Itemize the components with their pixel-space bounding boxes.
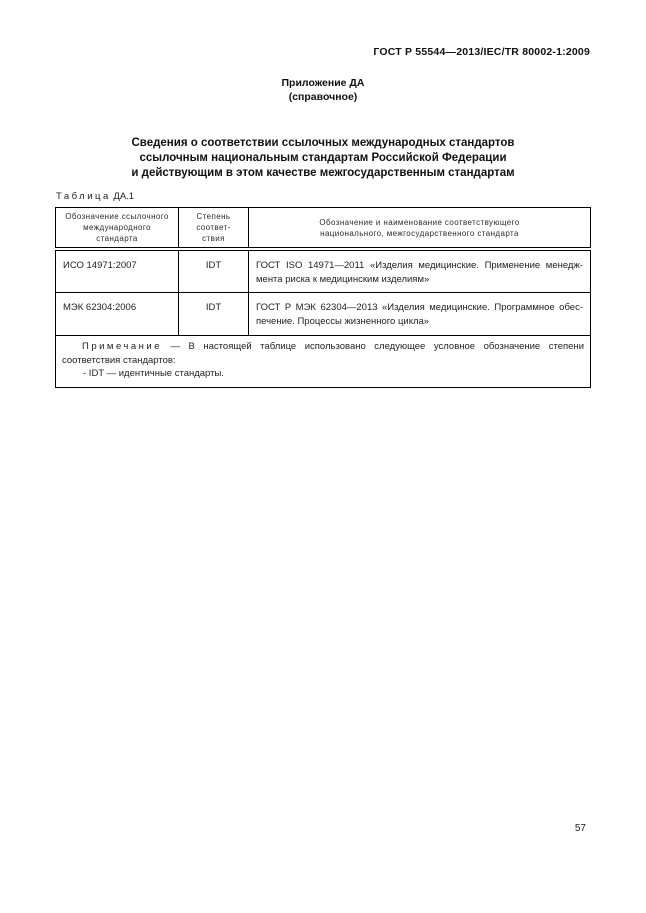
- header-line: стандарта: [60, 233, 174, 244]
- cell-line: мента риска к медицинским изделиям»: [256, 273, 583, 287]
- cell-national: ГОСТ ISO 14971—2011 «Изделия медицинские…: [249, 249, 591, 293]
- appendix-label: Приложение ДА: [0, 77, 646, 91]
- correspondence-table: Обозначение ссылочного международного ст…: [55, 207, 591, 388]
- header-line: международного: [60, 222, 174, 233]
- table-row: ИСО 14971:2007 IDT ГОСТ ISO 14971—2011 «…: [56, 249, 591, 293]
- cell-reference: ИСО 14971:2007: [56, 249, 179, 293]
- table-caption-number: ДА.1: [113, 191, 134, 202]
- page-number: 57: [0, 823, 586, 834]
- note-label: Примечание: [82, 341, 162, 352]
- section-title: Сведения о соответствии ссылочных междун…: [0, 136, 646, 181]
- header-line: ствия: [183, 233, 244, 244]
- header-line: соответ-: [183, 222, 244, 233]
- cell-reference: МЭК 62304:2006: [56, 293, 179, 336]
- header-line: Обозначение и наименование соответствующ…: [253, 217, 586, 228]
- cell-national: ГОСТ Р МЭК 62304—2013 «Изделия медицинск…: [249, 293, 591, 336]
- cell-degree: IDT: [179, 293, 249, 336]
- table-note-row: Примечание — В настоящей таблице использ…: [56, 336, 591, 388]
- table-row: МЭК 62304:2006 IDT ГОСТ Р МЭК 62304—2013…: [56, 293, 591, 336]
- header-line: национального, межгосударственного станд…: [253, 228, 586, 239]
- table-caption-word: Таблица: [56, 191, 111, 202]
- header-line: Степень: [183, 211, 244, 222]
- table-caption: Таблица ДА.1: [56, 191, 134, 202]
- title-line: Сведения о соответствии ссылочных междун…: [0, 136, 646, 151]
- appendix-heading: Приложение ДА (справочное): [0, 77, 646, 104]
- column-header-national-standard: Обозначение и наименование соответствующ…: [249, 208, 591, 250]
- column-header-reference-standard: Обозначение ссылочного международного ст…: [56, 208, 179, 250]
- column-header-degree: Степень соответ- ствия: [179, 208, 249, 250]
- appendix-kind: (справочное): [0, 91, 646, 105]
- cell-line: ГОСТ Р МЭК 62304—2013 «Изделия медицинск…: [256, 301, 583, 315]
- table-header-row: Обозначение ссылочного международного ст…: [56, 208, 591, 250]
- title-line: и действующим в этом качестве межгосудар…: [0, 166, 646, 181]
- cell-line: печение. Процессы жизненного цикла»: [256, 315, 583, 329]
- note-paragraph: Примечание — В настоящей таблице использ…: [62, 340, 584, 367]
- table-note: Примечание — В настоящей таблице использ…: [56, 336, 591, 388]
- document-code: ГОСТ Р 55544—2013/IEC/TR 80002-1:2009: [0, 46, 590, 58]
- cell-line: ГОСТ ISO 14971—2011 «Изделия медицинские…: [256, 259, 583, 273]
- cell-degree: IDT: [179, 249, 249, 293]
- title-line: ссылочным национальным стандартам Россий…: [0, 151, 646, 166]
- header-line: Обозначение ссылочного: [60, 211, 174, 222]
- document-page: ГОСТ Р 55544—2013/IEC/TR 80002-1:2009 Пр…: [0, 0, 646, 913]
- note-item: - IDT — идентичные стандарты.: [62, 367, 584, 381]
